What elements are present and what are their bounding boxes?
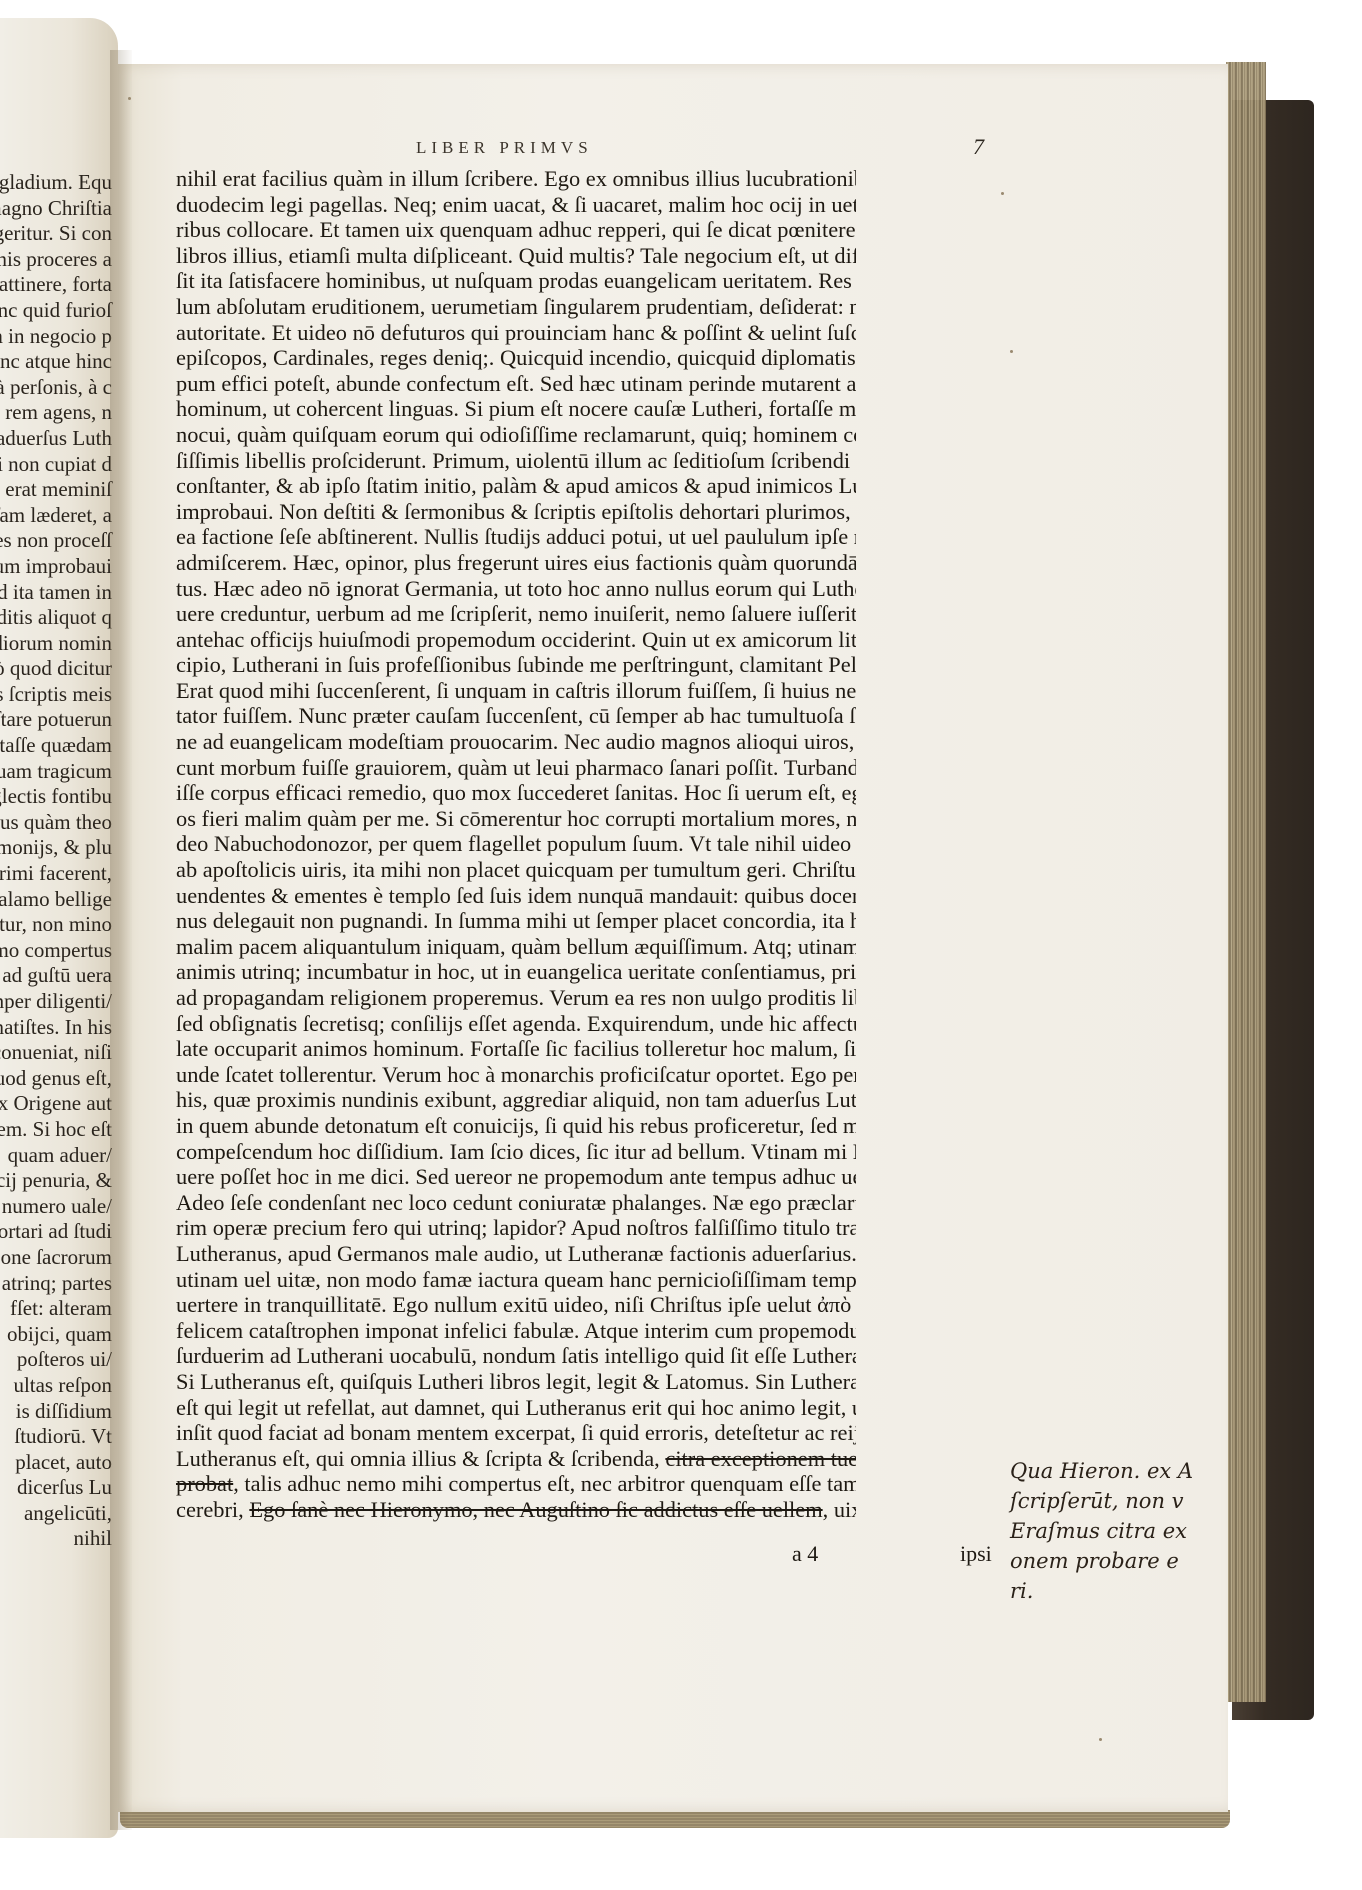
left-page-line: nper diligenti/ <box>0 989 112 1015</box>
text-line: libros illius, etiamſi multa diſpliceant… <box>176 243 856 269</box>
left-page-line: nihil <box>0 1526 112 1552</box>
left-page-line: numero uale/ <box>0 1194 112 1220</box>
text-line: os fieri malim quàm per me. Si cōmerentu… <box>176 806 856 832</box>
text-line: hominum, ut cohercent linguas. Si pium e… <box>176 396 856 422</box>
left-page-line: bi aduerſus Luth <box>0 426 112 452</box>
text-line: unde ſcatet tollerentur. Verum hoc à mon… <box>176 1062 856 1088</box>
text-line: ſiſſimis libellis proſciderunt. Primum, … <box>176 448 856 474</box>
left-page-line: emonijs, & plu <box>0 835 112 861</box>
left-page-line: fſet: alteram <box>0 1296 112 1322</box>
body-text: nihil erat facilius quàm in illum ſcribe… <box>176 166 856 1522</box>
text-line: iſſe corpus efficaci remedio, quo mox ſu… <box>176 780 856 806</box>
left-page: ſed gladium. Equmagno Chriſtialtu geritu… <box>0 18 118 1838</box>
left-page-line: ſed gladium. Equ <box>0 170 112 196</box>
folio-number: 7 <box>973 134 984 160</box>
text-line: conſtanter, & ab ipſo ſtatim initio, pal… <box>176 473 856 499</box>
text-segment: Lutheranus eſt, qui omnia illius & ſcrip… <box>176 1446 665 1471</box>
left-page-line: ijs rem agens, n <box>0 400 112 426</box>
catchword: ipsi <box>960 1541 992 1567</box>
text-line: ea factione ſeſe abſtinerent. Nullis ſtu… <box>176 524 856 550</box>
left-page-line: hinc atque hinc <box>0 349 112 375</box>
page-edges-bottom <box>120 1810 1230 1828</box>
text-line: admiſcerem. Hæc, opinor, plus fregerunt … <box>176 550 856 576</box>
text-line: felicem cataſtrophen imponat infelici fa… <box>176 1318 856 1344</box>
left-page-line: magno Chriſtia <box>0 196 112 222</box>
text-line: improbaui. Non deſtiti & ſermonibus & ſc… <box>176 499 856 525</box>
spine-shadow <box>110 50 132 1830</box>
text-line: uendentes & ementes è templo ſed ſuis id… <box>176 883 856 909</box>
text-line: uere poſſet hoc in me dici. Sed uereor n… <box>176 1164 856 1190</box>
left-page-line: tionis proceres a <box>0 247 112 273</box>
left-page-line: s à perſonis, à c <box>0 375 112 401</box>
text-segment: cerebri, <box>176 1497 249 1522</box>
left-page-line: em. Si hoc eſt <box>0 1117 112 1143</box>
left-page-line: atrinq; partes <box>0 1271 112 1297</box>
left-page-line: matiſtes. In his <box>0 1015 112 1041</box>
marginalia-line: Qua Hieron. ex A <box>1010 1456 1230 1486</box>
marginalia-line: onem probare e <box>1010 1546 1230 1576</box>
text-line: pum effici poteſt, abunde confectum eſt.… <box>176 371 856 397</box>
marginalia-line: ſcripſerūt, non v <box>1010 1486 1230 1516</box>
marginalia-line: ri. <box>1010 1576 1230 1606</box>
left-page-line: calamo bellige <box>0 887 112 913</box>
text-line: nihil erat facilius quàm in illum ſcribe… <box>176 166 856 192</box>
text-line: in quem abunde detonatum eſt conuicijs, … <box>176 1113 856 1139</box>
struck-text: citra exceptionem tuetur <box>665 1446 856 1471</box>
left-page-line: mum improbaui <box>0 554 112 580</box>
left-page-line: n attinere, forta <box>0 272 112 298</box>
left-page-line: em in negocio p <box>0 324 112 350</box>
left-page-line: urimi facerent, <box>0 861 112 887</box>
text-line: cipio, Lutherani in ſuis profeſſionibus … <box>176 652 856 678</box>
left-page-line: quam aduer/ <box>0 1143 112 1169</box>
text-line-with-strikethrough: Lutheranus eſt, qui omnia illius & ſcrip… <box>176 1446 856 1472</box>
text-line: ne ad euangelicam modeſtiam prouocarim. … <box>176 729 856 755</box>
left-page-line: quam tragicum <box>0 759 112 785</box>
left-page-line: Nunc quid furioſ <box>0 298 112 324</box>
left-page-line: ſtare potuerun <box>0 707 112 733</box>
left-page-line: orrò quod dicitur <box>0 656 112 682</box>
left-page-line: ltu geritur. Si con <box>0 221 112 247</box>
left-page-line: glectis fontibu <box>0 784 112 810</box>
text-line: compeſcendum hoc diſſidium. Iam ſcio dic… <box>176 1139 856 1165</box>
handwritten-marginalia: Qua Hieron. ex Aſcripſerūt, non vEraſmus… <box>1010 1456 1230 1606</box>
left-page-line: qui non cupiat d <box>0 452 112 478</box>
left-page-line: en erat meminiſ <box>0 477 112 503</box>
left-page-line: uod genus eſt, <box>0 1066 112 1092</box>
struck-text: Ego ſanè nec Hieronymo, nec Auguſtino ſi… <box>249 1497 822 1522</box>
text-line: ab apoſtolicis uiris, ita mihi non place… <box>176 857 856 883</box>
left-page-line: uſam læderet, a <box>0 503 112 529</box>
paper-speck <box>1010 350 1013 353</box>
left-page-line: mo compertus <box>0 938 112 964</box>
text-line: lum abſolutam eruditionem, uerumetiam ſi… <box>176 294 856 320</box>
left-page-line: dicerſus Lu <box>0 1475 112 1501</box>
left-page-line: is ſcriptis meis <box>0 682 112 708</box>
text-line: his, quæ proximis nundinis exibunt, aggr… <box>176 1087 856 1113</box>
left-page-line: is diſſidium <box>0 1399 112 1425</box>
left-page-line: angelicūti, <box>0 1501 112 1527</box>
left-page-line: erius quàm theo <box>0 810 112 836</box>
left-page-line: ſtudiorū. Vt <box>0 1424 112 1450</box>
struck-text: probat <box>176 1471 233 1496</box>
text-line: ad propagandam religionem properemus. Ve… <box>176 985 856 1011</box>
left-page-line: res non proceſſ <box>0 528 112 554</box>
left-page-line: ortari ad ſtudi <box>0 1219 112 1245</box>
text-line: uere creduntur, uerbum ad me ſcripſerit,… <box>176 601 856 627</box>
text-line: rim operæ precium fero qui utrinq; lapid… <box>176 1215 856 1241</box>
text-line-with-strikethrough: probat, talis adhuc nemo mihi compertus … <box>176 1471 856 1497</box>
signature-mark: a 4 <box>792 1541 818 1567</box>
text-line: eſt qui legit ut refellat, aut damnet, q… <box>176 1395 856 1421</box>
text-segment: , talis adhuc nemo mihi compertus eſt, n… <box>233 1471 856 1496</box>
text-line: tus. Hæc adeo nō ignorat Germania, ut to… <box>176 576 856 602</box>
left-page-line: poſteros ui/ <box>0 1347 112 1373</box>
text-line: nus delegauit non pugnandi. In ſumma mih… <box>176 908 856 934</box>
text-line-with-strikethrough: cerebri, Ego ſanè nec Hieronymo, nec Aug… <box>176 1497 856 1523</box>
text-line: animis utrinq; incumbatur in hoc, ut in … <box>176 959 856 985</box>
text-line: inſit quod faciat ad bonam mentem excerp… <box>176 1420 856 1446</box>
text-line: Si Lutheranus eſt, quiſquis Lutheri libr… <box>176 1369 856 1395</box>
left-page-line: conueniat, niſi <box>0 1040 112 1066</box>
left-page-line: ultas reſpon <box>0 1373 112 1399</box>
left-page-line: itur, non mino <box>0 912 112 938</box>
text-line: ſurduerim ad Lutherani uocabulū, nondum … <box>176 1343 856 1369</box>
left-page-line: ſed ita tamen in <box>0 580 112 606</box>
left-page-line: ortaſſe quædam <box>0 733 112 759</box>
paper-speck <box>128 97 131 100</box>
text-line: nocui, quàm quiſquam eorum qui odioſiſſi… <box>176 422 856 448</box>
text-line: ſed obſignatis ſecretisq; conſilijs eſſe… <box>176 1011 856 1037</box>
text-line: antehac officijs huiuſmodi propemodum oc… <box>176 627 856 653</box>
left-page-text: ſed gladium. Equmagno Chriſtialtu geritu… <box>0 170 112 1552</box>
left-page-line: l ad guſtū uera <box>0 963 112 989</box>
text-line: Lutheranus, apud Germanos male audio, ut… <box>176 1241 856 1267</box>
left-page-line: one ſacrorum <box>0 1245 112 1271</box>
left-page-line: placet, auto <box>0 1450 112 1476</box>
text-line: late occuparit animos hominum. Fortaſſe … <box>176 1036 856 1062</box>
left-page-line: obijci, quam <box>0 1322 112 1348</box>
paper-speck <box>1001 192 1004 195</box>
text-line: utinam uel uitæ, non modo famæ iactura q… <box>176 1267 856 1293</box>
text-line: tator fuiſſem. Nunc præter cauſam ſuccen… <box>176 703 856 729</box>
text-line: cunt morbum fuiſſe grauiorem, quàm ut le… <box>176 755 856 781</box>
text-segment: , uix etiam <box>823 1497 856 1522</box>
text-line: ribus collocare. Et tamen uix quenquam a… <box>176 217 856 243</box>
left-page-line: cij penuria, & <box>0 1168 112 1194</box>
left-page-line: udiorum nomin <box>0 631 112 657</box>
text-line: autoritate. Et uideo nō defuturos qui pr… <box>176 320 856 346</box>
page-edges-right <box>1226 62 1266 1702</box>
text-line: duodecim legi pagellas. Neq; enim uacat,… <box>176 192 856 218</box>
text-line: Erat quod mihi ſuccenſerent, ſi unquam i… <box>176 678 856 704</box>
text-line: uertere in tranquillitatē. Ego nullum ex… <box>176 1292 856 1318</box>
running-head: LIBER PRIMVS <box>416 138 593 158</box>
text-line: malim pacem aliquantulum iniquam, quàm b… <box>176 934 856 960</box>
left-page-line: x Origene aut <box>0 1091 112 1117</box>
left-page-line: uditis aliquot q <box>0 605 112 631</box>
text-line: epiſcopos, Cardinales, reges deniq;. Qui… <box>176 345 856 371</box>
text-line: deo Nabuchodonozor, per quem flagellet p… <box>176 831 856 857</box>
paper-speck <box>1099 1738 1102 1741</box>
text-line: Adeo ſeſe condenſant nec loco cedunt con… <box>176 1190 856 1216</box>
text-line: ſit ita ſatisfacere hominibus, ut nuſqua… <box>176 268 856 294</box>
marginalia-line: Eraſmus citra ex <box>1010 1516 1230 1546</box>
